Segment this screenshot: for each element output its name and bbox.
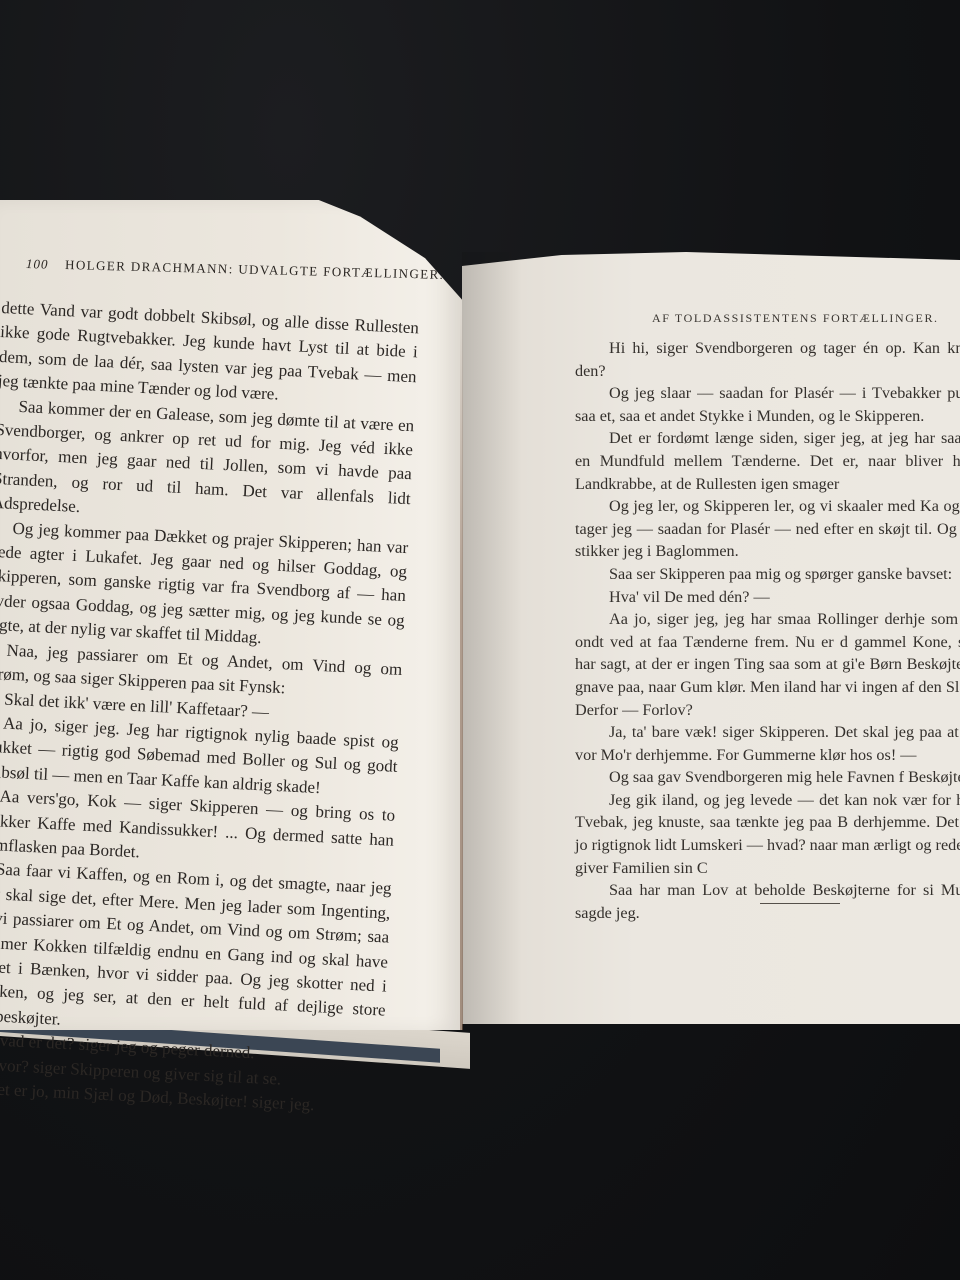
paragraph: Saa faar vi Kaffen, og en Rom i, og det … [0, 857, 392, 1048]
paragraph: Hi hi, siger Svendborgeren og tager én o… [575, 337, 960, 382]
paragraph: Aa jo, siger jeg, jeg har smaa Rollinger… [575, 608, 960, 721]
paragraph: Saa kommer der en Galease, som jeg dømte… [0, 394, 415, 536]
paragraph: Og saa gav Svendborgeren mig hele Favnen… [575, 766, 960, 789]
paragraph: Hva' vil De med dén? — [575, 586, 960, 609]
right-page-text: Hi hi, siger Svendborgeren og tager én o… [575, 337, 960, 924]
paragraph: Og jeg ler, og Skipperen ler, og vi skaa… [575, 495, 960, 563]
paragraph: Saa ser Skipperen paa mig og spørger gan… [575, 563, 960, 586]
page-number: 100 [26, 256, 49, 272]
paragraph: Og jeg kommer paa Dækket og prajer Skipp… [0, 515, 409, 657]
section-end-rule [760, 903, 840, 904]
paragraph: Saa har man Lov at beholde Beskøjterne f… [575, 879, 960, 924]
paragraph: Det er fordømt længe siden, siger jeg, a… [575, 427, 960, 495]
right-running-head: AF TOLDASSISTENTENS FORTÆLLINGER. [652, 311, 939, 326]
paragraph: Jeg gik iland, og jeg levede — det kan n… [575, 789, 960, 879]
paragraph: Ja, ta' bare væk! siger Skipperen. Det s… [575, 721, 960, 766]
book-spine [460, 310, 463, 1030]
paragraph: Og jeg slaar — saadan for Plasér — i Tve… [575, 382, 960, 427]
left-page-text: dette Vand var godt dobbelt Skibsøl, og … [0, 296, 420, 1121]
